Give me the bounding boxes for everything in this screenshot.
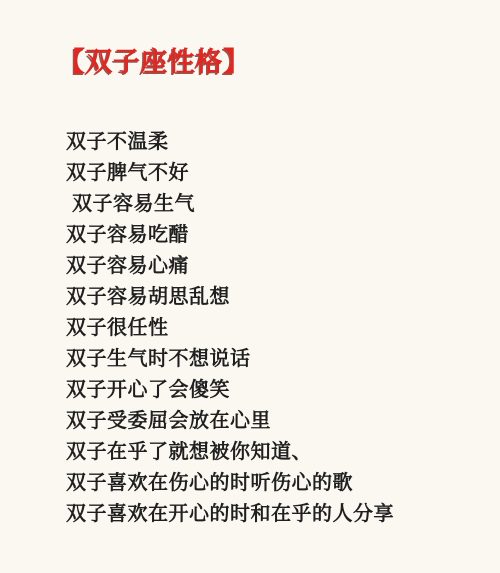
page-background: 【双子座性格】 双子不温柔双子脾气不好 双子容易生气双子容易吃醋双子容易心痛双子… (0, 0, 500, 573)
list-item: 双子容易胡思乱想 (66, 282, 486, 313)
list-item: 双子不温柔 (66, 127, 486, 158)
list-item: 双子生气时不想说话 (66, 344, 486, 375)
list-item: 双子受委屈会放在心里 (66, 406, 486, 437)
list-item: 双子容易生气 (66, 189, 486, 220)
list-item: 双子容易心痛 (66, 251, 486, 282)
list-item: 双子脾气不好 (66, 158, 486, 189)
list-item: 双子开心了会傻笑 (66, 375, 486, 406)
list-item: 双子容易吃醋 (66, 220, 486, 251)
list-item: 双子很任性 (66, 313, 486, 344)
page-title: 【双子座性格】 (58, 40, 251, 79)
list-item: 双子喜欢在开心的时和在乎的人分享 (66, 499, 486, 530)
trait-list: 双子不温柔双子脾气不好 双子容易生气双子容易吃醋双子容易心痛双子容易胡思乱想双子… (66, 127, 486, 530)
list-item: 双子在乎了就想被你知道、 (66, 437, 486, 468)
list-item: 双子喜欢在伤心的时听伤心的歌 (66, 468, 486, 499)
